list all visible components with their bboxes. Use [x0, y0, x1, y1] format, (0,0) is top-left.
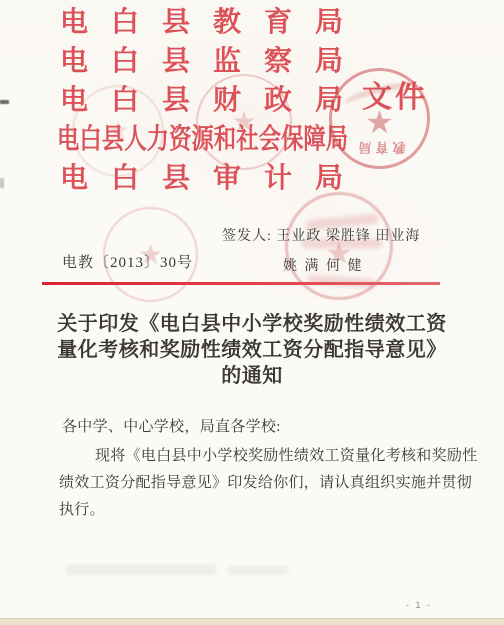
document-title: 关于印发《电白县中小学校奖励性绩效工资 量化考核和奖励性绩效工资分配指导意见》 …: [0, 311, 504, 389]
body-paragraph-line-1: 现将《电白县中小学校奖励性绩效工资量化考核和奖励性: [95, 447, 478, 466]
agency-name-supervision-bureau: 电白县监察局: [60, 47, 366, 77]
scan-edge-mark: [0, 100, 9, 104]
title-line-1: 关于印发《电白县中小学校奖励性绩效工资: [0, 311, 504, 337]
seal-text: 教育局: [354, 139, 405, 158]
agency-name-finance-bureau: 电白县财政局: [60, 86, 366, 116]
document-type-label: 文件: [362, 83, 428, 113]
title-line-3: 的通知: [0, 363, 504, 389]
bleed-through-ghost: [228, 566, 288, 575]
agency-name-hr-social-security-bureau: 电白县人力资源和社会保障局: [57, 125, 348, 155]
document-reference-number: 电教〔2013〕30号: [62, 254, 193, 273]
agency-name-audit-bureau: 电白县审计局: [60, 164, 366, 194]
issuer-names-line1: 签发人: 王业政 梁胜锋 田业海: [222, 228, 420, 246]
salutation-line: 各中学、中心学校，局直各学校:: [62, 418, 281, 437]
red-divider-rule: [42, 282, 440, 285]
bleed-through-ghost: [66, 564, 216, 575]
issuer-names-line2: 姚 满 何 健: [283, 258, 364, 276]
body-paragraph-line-3: 执行。: [59, 501, 105, 520]
page-number: - 1 -: [406, 600, 432, 610]
title-line-2: 量化考核和奖励性绩效工资分配指导意见》: [0, 337, 504, 363]
scan-edge-mark: [0, 178, 4, 188]
scan-bottom-edge: [0, 618, 504, 625]
body-paragraph-line-2: 绩效工资分配指导意见》印发给你们，请认真组织实施并贯彻: [59, 474, 472, 493]
agency-name-education-bureau: 电白县教育局: [60, 8, 366, 38]
